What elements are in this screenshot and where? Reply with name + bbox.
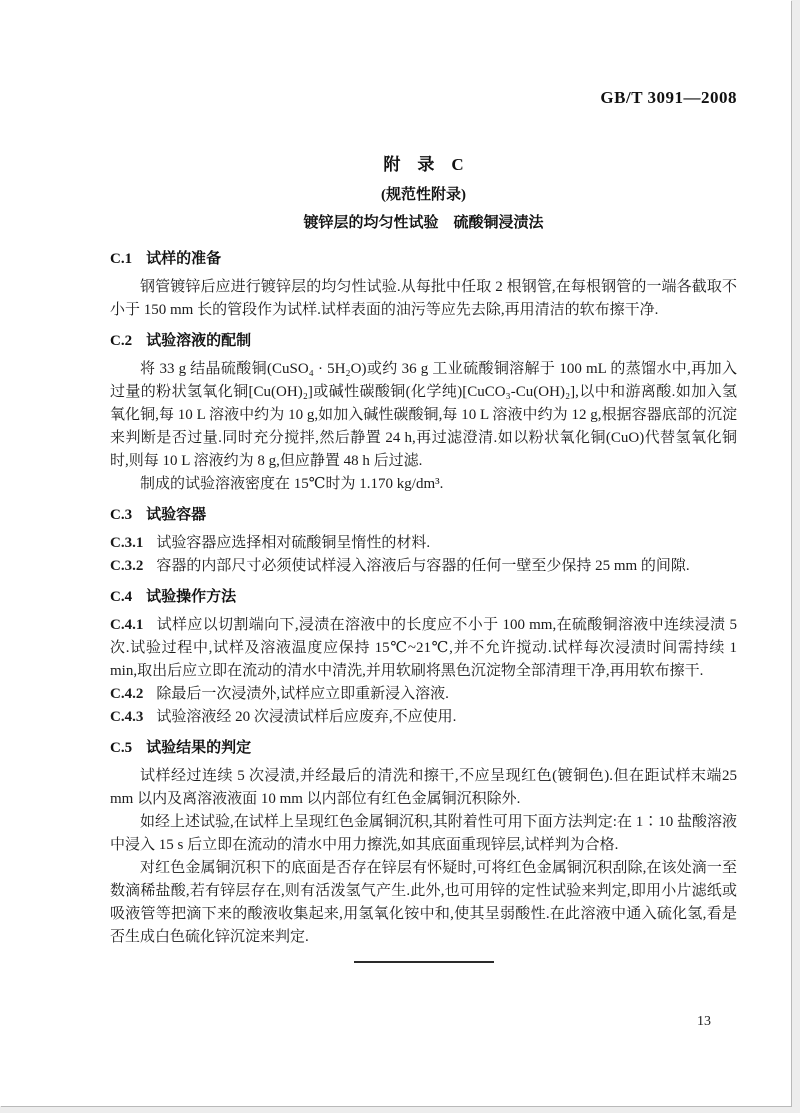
clause-text: 试样应以切割端向下,浸渍在溶液中的长度应不小于 100 mm,在硫酸铜溶液中连续… xyxy=(110,617,737,679)
paragraph: 如经上述试验,在试样上呈现红色金属铜沉积,其附着性可用下面方法判定:在 1∶10… xyxy=(110,811,737,857)
clause: C.3.1试验容器应选择相对硫酸铜呈惰性的材料. xyxy=(110,532,737,555)
document-page: GB/T 3091—2008 附 录 C (规范性附录) 镀锌层的均匀性试验 硫… xyxy=(0,0,791,1106)
clause-number: C.4.3 xyxy=(110,709,143,725)
paragraph: 钢管镀锌后应进行镀锌层的均匀性试验.从每批中任取 2 根钢管,在每根钢管的一端各… xyxy=(110,276,737,322)
clause-number: C.3.2 xyxy=(110,558,143,574)
clause-text: 试验容器应选择相对硫酸铜呈惰性的材料. xyxy=(156,535,430,551)
paragraph: 对红色金属铜沉积下的底面是否存在锌层有怀疑时,可将红色金属铜沉积刮除,在该处滴一… xyxy=(110,857,737,949)
clause-text: 试验溶液经 20 次浸渍试样后应废弃,不应使用. xyxy=(156,709,456,725)
clause-number: C.4.1 xyxy=(110,617,143,633)
section-number: C.4 xyxy=(110,589,132,605)
section-number: C.3 xyxy=(110,507,132,523)
page-number: 13 xyxy=(697,1014,711,1030)
clause: C.4.1试样应以切割端向下,浸渍在溶液中的长度应不小于 100 mm,在硫酸铜… xyxy=(110,614,737,683)
appendix-subtitle: (规范性附录) xyxy=(110,183,737,204)
section-title: 试验溶液的配制 xyxy=(146,333,251,349)
paragraph: 制成的试验溶液密度在 15℃时为 1.170 kg/dm³. xyxy=(110,473,737,496)
clause: C.4.2除最后一次浸渍外,试样应立即重新浸入溶液. xyxy=(110,683,737,706)
section-heading-c1: C.1试样的准备 xyxy=(110,248,737,271)
section-heading-c4: C.4试验操作方法 xyxy=(110,586,737,609)
clause-text: 容器的内部尺寸必须使试样浸入溶液后与容器的任何一壁至少保持 25 mm 的间隙. xyxy=(156,558,689,574)
section-number: C.2 xyxy=(110,333,132,349)
appendix-heading: 镀锌层的均匀性试验 硫酸铜浸渍法 xyxy=(110,211,737,232)
section-heading-c3: C.3试验容器 xyxy=(110,504,737,527)
clause-number: C.4.2 xyxy=(110,686,143,702)
section-title: 试验操作方法 xyxy=(146,589,236,605)
section-heading-c5: C.5试验结果的判定 xyxy=(110,737,737,760)
standard-number: GB/T 3091—2008 xyxy=(110,88,737,108)
section-title: 试验结果的判定 xyxy=(146,740,251,756)
end-of-text-rule xyxy=(354,961,494,963)
appendix-title: 附 录 C xyxy=(110,150,737,175)
paragraph: 试样经过连续 5 次浸渍,并经最后的清洗和擦干,不应呈现红色(镀铜色).但在距试… xyxy=(110,765,737,811)
section-number: C.5 xyxy=(110,740,132,756)
page-content: GB/T 3091—2008 附 录 C (规范性附录) 镀锌层的均匀性试验 硫… xyxy=(110,0,737,963)
clause: C.4.3试验溶液经 20 次浸渍试样后应废弃,不应使用. xyxy=(110,706,737,729)
clause-number: C.3.1 xyxy=(110,535,143,551)
section-number: C.1 xyxy=(110,251,132,267)
section-heading-c2: C.2试验溶液的配制 xyxy=(110,330,737,353)
section-title: 试样的准备 xyxy=(146,251,221,267)
clause-text: 除最后一次浸渍外,试样应立即重新浸入溶液. xyxy=(156,686,449,702)
section-title: 试验容器 xyxy=(146,507,206,523)
clause: C.3.2容器的内部尺寸必须使试样浸入溶液后与容器的任何一壁至少保持 25 mm… xyxy=(110,555,737,578)
paragraph: 将 33 g 结晶硫酸铜(CuSO₄ · 5H₂O)或约 36 g 工业硫酸铜溶… xyxy=(110,358,737,473)
